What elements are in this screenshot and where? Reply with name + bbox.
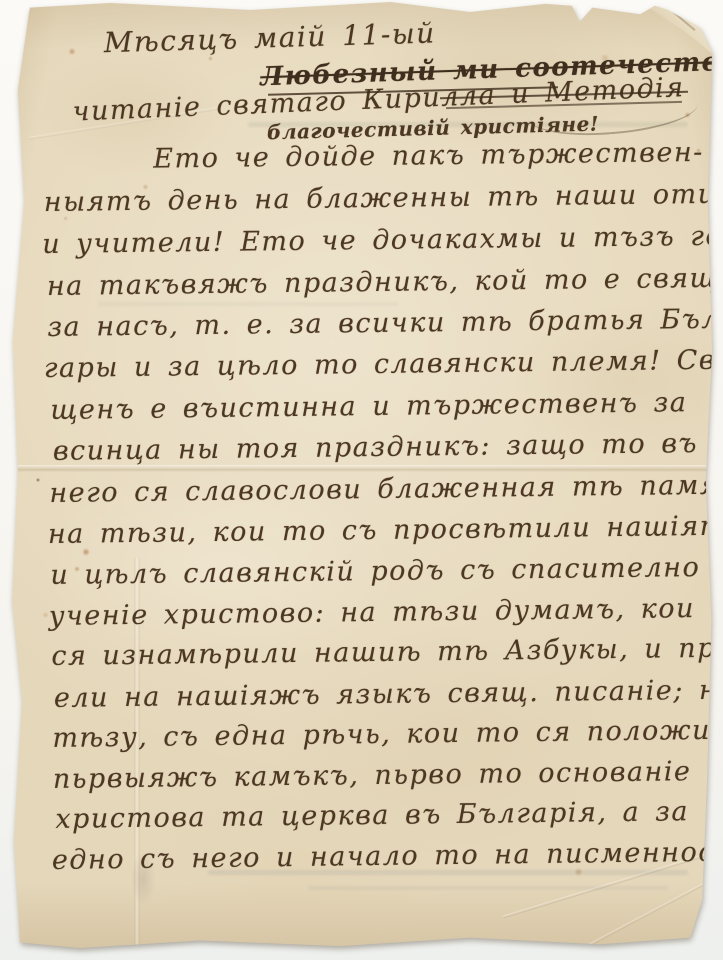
handwriting-line: на тѣзи, кои то съ просвѣтили нашіятъ: [48, 510, 723, 550]
bottom-edge-shadow: [238, 950, 498, 958]
letter-page: Мѣсяцъ маій 11-ый Любезный ми соотечеств…: [8, 2, 712, 948]
paper-shadow: Мѣсяцъ маій 11-ый Любезный ми соотечеств…: [0, 0, 723, 960]
handwriting-line: ся изнамѣрили нашиѣ тѣ Азбукы, и прев-: [51, 632, 723, 672]
handwriting-line: за насъ, т. е. за всички тѣ братья Бъл: [47, 304, 720, 343]
handwriting-line: ныятъ день на блаженны тѣ наши отцы -: [44, 178, 723, 218]
scan-background: Мѣсяцъ маій 11-ый Любезный ми соотечеств…: [0, 0, 723, 960]
handwriting-line: щенъ е въистинна и тържественъ за: [50, 387, 687, 426]
handwriting: Мѣсяцъ маій 11-ый Любезный ми соотечеств…: [3, 0, 719, 951]
handwriting-line: и цѣлъ славянскій родъ съ спасително то: [50, 551, 723, 591]
handwriting-line: тѣзу, съ една рѣчь, кои то ся положили: [52, 714, 723, 754]
handwriting-line: христова та церква въ Българія, а за: [55, 796, 689, 835]
handwriting-line: и учители! Ето че дочакахмы и тъзъ годи: [42, 220, 723, 260]
date-line: Мѣсяцъ маій 11-ый: [103, 16, 436, 59]
handwriting-line: на такъвяжъ праздникъ, кой то е священъ: [47, 262, 723, 302]
handwriting-line: ученіе христово: на тѣзи думамъ, кои то: [49, 592, 723, 632]
handwriting-line: гары и за цѣло то славянски племя! Свя: [44, 345, 723, 384]
handwriting-line: него ся славослови блаженная тѣ памятъ: [49, 469, 723, 509]
handwriting-line: Ето че дойде пакъ тържествен-: [153, 137, 704, 175]
handwriting-line: пьрвыяжъ камъкъ, пьрво то основаніе на: [53, 755, 723, 794]
handwriting-line: ели на нашіяжъ языкъ свящ. писаніе; на: [54, 675, 723, 714]
handwriting-line: всинца ны тоя праздникъ: защо то въ: [53, 428, 698, 467]
handwriting-line: едно съ него и начало то на писменностьт…: [52, 836, 723, 876]
